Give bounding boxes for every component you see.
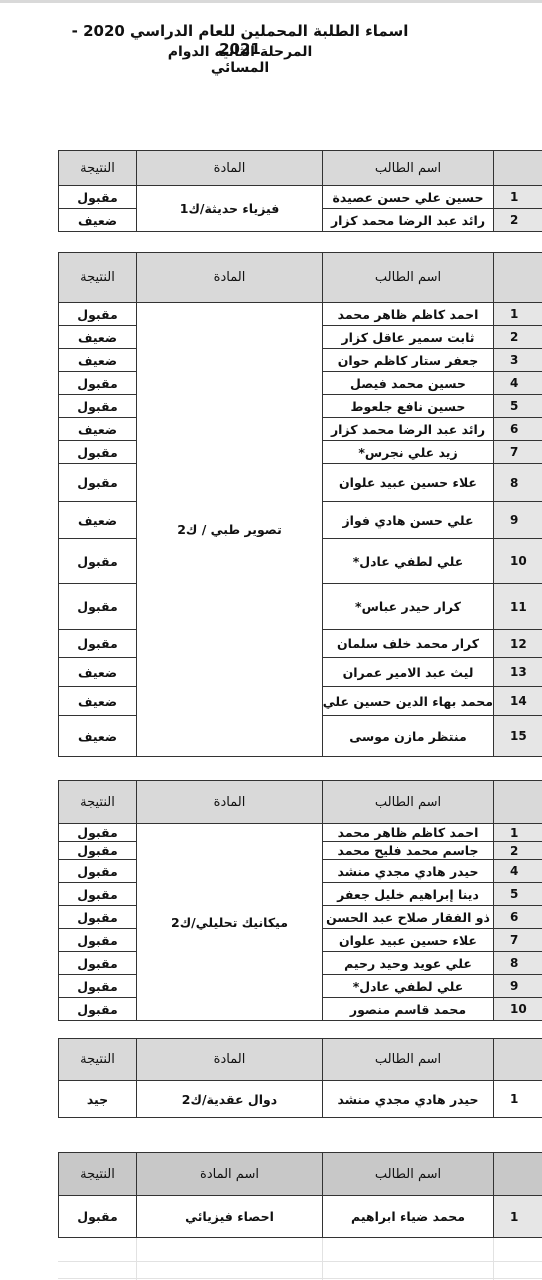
- empty-gridline: [136, 1238, 137, 1280]
- header-result: النتيجة: [59, 1039, 137, 1081]
- subject-cell: تصوير طبي / ك2: [137, 303, 323, 757]
- student-name-cell: محمد قاسم منصور: [323, 998, 494, 1021]
- result-cell: مقبول: [59, 395, 137, 418]
- student-name-cell: محمد بهاء الدين حسين علي: [323, 687, 494, 716]
- student-name-cell: علي لطفي عادل*: [323, 975, 494, 998]
- student-name-cell: منتظر مازن موسى: [323, 716, 494, 757]
- header-result: النتيجة: [59, 151, 137, 186]
- results-table-analytical-mechanics: النتيجة المادة اسم الطالب مقبول ميكانيك …: [58, 780, 542, 1021]
- row-number: 1: [494, 824, 542, 842]
- row-number: 2: [494, 842, 542, 860]
- result-cell: مقبول: [59, 1196, 137, 1238]
- document-subtitle: المرحلة الثانيه الدوام المسائي: [140, 44, 340, 76]
- result-cell: مقبول: [59, 630, 137, 658]
- table-header-row: النتيجة المادة اسم الطالب: [59, 253, 542, 303]
- result-cell: مقبول: [59, 998, 137, 1021]
- student-name-cell: دينا إبراهيم خليل جعفر: [323, 883, 494, 906]
- result-cell: مقبول: [59, 464, 137, 502]
- header-subject: المادة: [137, 151, 323, 186]
- empty-gridline: [493, 1238, 494, 1280]
- row-number: 13: [494, 658, 542, 687]
- subject-cell: احصاء فيزيائي: [137, 1196, 323, 1238]
- student-name-cell: كرار محمد خلف سلمان: [323, 630, 494, 658]
- student-name-cell: حيدر هادي مجدي منشد: [323, 860, 494, 883]
- row-number: 4: [494, 372, 542, 395]
- table-row: جيد دوال عقدية/ك2 حيدر هادي مجدي منشد 1: [59, 1081, 542, 1118]
- table-row: مقبول تصوير طبي / ك2 احمد كاظم ظاهر محمد…: [59, 303, 542, 326]
- student-name-cell: كرار حيدر عباس*: [323, 584, 494, 630]
- header-student-name: اسم الطالب: [323, 781, 494, 824]
- row-number: 6: [494, 906, 542, 929]
- subject-cell: فيزياء حديثة/ك1: [137, 186, 323, 232]
- row-number: 11: [494, 584, 542, 630]
- header-student-name: اسم الطالب: [323, 253, 494, 303]
- student-name-cell: احمد كاظم ظاهر محمد: [323, 824, 494, 842]
- row-number: 4: [494, 860, 542, 883]
- result-cell: ضعيف: [59, 349, 137, 372]
- header-subject: اسم المادة: [137, 1153, 323, 1196]
- result-cell: مقبول: [59, 975, 137, 998]
- row-number: 1: [494, 186, 542, 209]
- row-number: 8: [494, 952, 542, 975]
- student-name-cell: حيدر هادي مجدي منشد: [323, 1081, 494, 1118]
- results-table-physical-statistics: النتيجة اسم المادة اسم الطالب مقبول احصا…: [58, 1152, 542, 1238]
- header-student-name: اسم الطالب: [323, 1039, 494, 1081]
- result-cell: مقبول: [59, 186, 137, 209]
- header-subject: المادة: [137, 781, 323, 824]
- header-result: النتيجة: [59, 1153, 137, 1196]
- result-cell: ضعيف: [59, 658, 137, 687]
- result-cell: مقبول: [59, 372, 137, 395]
- row-number: 2: [494, 326, 542, 349]
- table-header-row: النتيجة المادة اسم الطالب: [59, 151, 542, 186]
- student-name-cell: حسين محمد فيصل: [323, 372, 494, 395]
- student-name-cell: زيد علي نجرس*: [323, 441, 494, 464]
- header-subject: المادة: [137, 253, 323, 303]
- header-student-name: اسم الطالب: [323, 1153, 494, 1196]
- student-name-cell: علي لطفي عادل*: [323, 539, 494, 584]
- header-number: [494, 1153, 542, 1196]
- row-number: 1: [494, 303, 542, 326]
- result-cell: مقبول: [59, 584, 137, 630]
- result-cell: جيد: [59, 1081, 137, 1118]
- student-name-cell: احمد كاظم ظاهر محمد: [323, 303, 494, 326]
- header-subject: المادة: [137, 1039, 323, 1081]
- student-name-cell: ذو الفقار صلاح عبد الحسن: [323, 906, 494, 929]
- result-cell: ضعيف: [59, 716, 137, 757]
- table-header-row: النتيجة المادة اسم الطالب: [59, 1039, 542, 1081]
- student-name-cell: علاء حسين عبيد علوان: [323, 464, 494, 502]
- results-table-modern-physics: النتيجة المادة اسم الطالب مقبول فيزياء ح…: [58, 150, 542, 232]
- header-student-name: اسم الطالب: [323, 151, 494, 186]
- student-name-cell: علي عويد وحيد رحيم: [323, 952, 494, 975]
- student-name-cell: علي حسن هادي فواز: [323, 502, 494, 539]
- result-cell: مقبول: [59, 539, 137, 584]
- result-cell: مقبول: [59, 441, 137, 464]
- result-cell: مقبول: [59, 824, 137, 842]
- empty-gridline: [322, 1238, 323, 1280]
- row-number: 1: [494, 1196, 542, 1238]
- row-number: 3: [494, 349, 542, 372]
- row-number: 6: [494, 418, 542, 441]
- header-number: [494, 253, 542, 303]
- header-result: النتيجة: [59, 253, 137, 303]
- student-name-cell: حسين علي حسن عصيدة: [323, 186, 494, 209]
- row-number: 2: [494, 209, 542, 232]
- table-row: مقبول احصاء فيزيائي محمد ضياء ابراهيم 1: [59, 1196, 542, 1238]
- empty-gridline: [58, 1261, 542, 1262]
- results-table-medical-imaging: النتيجة المادة اسم الطالب مقبول تصوير طب…: [58, 252, 542, 757]
- student-name-cell: ليث عبد الامير عمران: [323, 658, 494, 687]
- empty-gridline: [58, 1278, 542, 1279]
- row-number: 12: [494, 630, 542, 658]
- page-top-border: [0, 0, 542, 3]
- row-number: 15: [494, 716, 542, 757]
- subject-cell: دوال عقدية/ك2: [137, 1081, 323, 1118]
- result-cell: مقبول: [59, 929, 137, 952]
- header-number: [494, 151, 542, 186]
- table-row: مقبول فيزياء حديثة/ك1 حسين علي حسن عصيدة…: [59, 186, 542, 209]
- result-cell: مقبول: [59, 842, 137, 860]
- result-cell: مقبول: [59, 303, 137, 326]
- row-number: 10: [494, 998, 542, 1021]
- result-cell: ضعيف: [59, 418, 137, 441]
- result-cell: ضعيف: [59, 209, 137, 232]
- row-number: 14: [494, 687, 542, 716]
- header-number: [494, 781, 542, 824]
- result-cell: مقبول: [59, 952, 137, 975]
- student-name-cell: ثابت سمير عاقل كزار: [323, 326, 494, 349]
- row-number: 8: [494, 464, 542, 502]
- row-number: 1: [494, 1081, 542, 1118]
- results-table-complex-functions: النتيجة المادة اسم الطالب جيد دوال عقدية…: [58, 1038, 542, 1118]
- row-number: 5: [494, 883, 542, 906]
- row-number: 7: [494, 441, 542, 464]
- header-result: النتيجة: [59, 781, 137, 824]
- row-number: 9: [494, 975, 542, 998]
- row-number: 7: [494, 929, 542, 952]
- table-row: مقبول ميكانيك تحليلي/ك2 احمد كاظم ظاهر م…: [59, 824, 542, 842]
- table-header-row: النتيجة اسم المادة اسم الطالب: [59, 1153, 542, 1196]
- student-name-cell: رائد عبد الرضا محمد كزار: [323, 418, 494, 441]
- result-cell: ضعيف: [59, 687, 137, 716]
- result-cell: ضعيف: [59, 326, 137, 349]
- subject-cell: ميكانيك تحليلي/ك2: [137, 824, 323, 1021]
- student-name-cell: حسين نافع جلعوط: [323, 395, 494, 418]
- student-name-cell: محمد ضياء ابراهيم: [323, 1196, 494, 1238]
- result-cell: مقبول: [59, 883, 137, 906]
- result-cell: مقبول: [59, 860, 137, 883]
- result-cell: مقبول: [59, 906, 137, 929]
- student-name-cell: علاء حسين عبيد علوان: [323, 929, 494, 952]
- header-number: [494, 1039, 542, 1081]
- row-number: 9: [494, 502, 542, 539]
- result-cell: ضعيف: [59, 502, 137, 539]
- row-number: 10: [494, 539, 542, 584]
- student-name-cell: جعفر ستار كاظم حوان: [323, 349, 494, 372]
- student-name-cell: رائد عبد الرضا محمد كزار: [323, 209, 494, 232]
- row-number: 5: [494, 395, 542, 418]
- student-name-cell: جاسم محمد فليح محمد: [323, 842, 494, 860]
- table-header-row: النتيجة المادة اسم الطالب: [59, 781, 542, 824]
